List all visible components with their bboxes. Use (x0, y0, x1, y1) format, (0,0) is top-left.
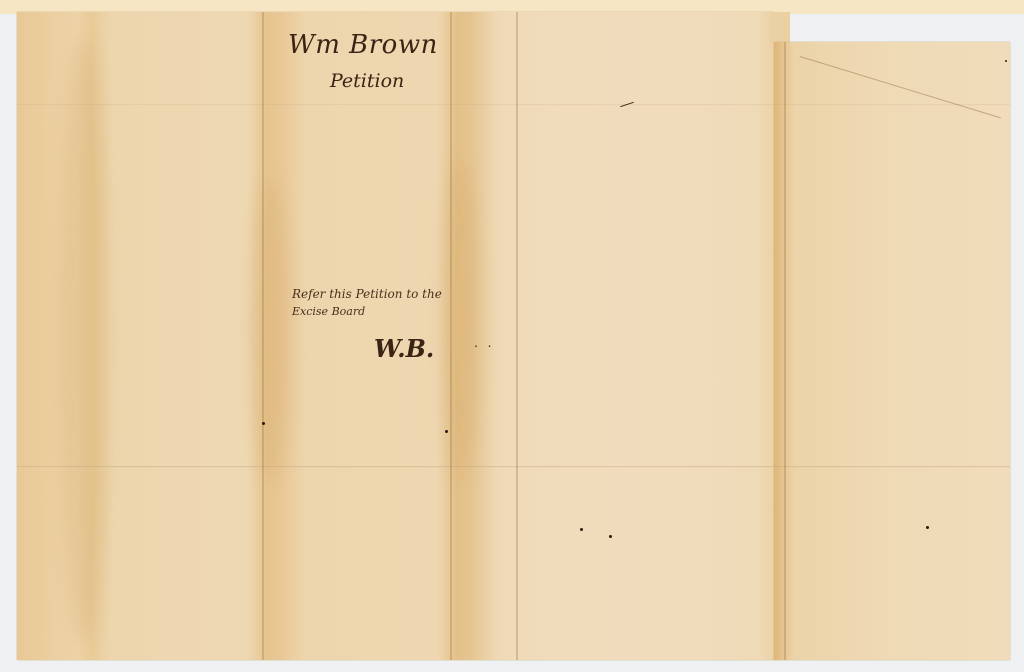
fold-line-vertical (450, 12, 452, 660)
ink-speck (609, 535, 612, 538)
endorsement-line-2: Excise Board (292, 305, 365, 318)
docket-subject: Petition (330, 70, 404, 92)
fold-line-vertical (516, 12, 518, 660)
document-torn-edge (770, 12, 790, 44)
ink-speck (262, 422, 265, 425)
ink-speck (580, 528, 583, 531)
fold-line-horizontal-top (17, 104, 1010, 106)
water-stain (60, 40, 110, 640)
ink-speck (926, 526, 929, 529)
ink-speck (1005, 60, 1007, 62)
document-page-flap (774, 42, 1010, 660)
water-stain (250, 180, 290, 480)
ink-speck (445, 430, 448, 433)
ink-dots: . . (474, 336, 494, 350)
fold-line-horizontal (17, 466, 1010, 468)
fold-line-vertical (262, 12, 264, 660)
fold-line-vertical (784, 42, 786, 660)
endorsement-initials: W.B. (374, 334, 434, 363)
docket-name: Wm Brown (288, 30, 438, 60)
endorsement-line-1: Refer this Petition to the (292, 287, 442, 301)
